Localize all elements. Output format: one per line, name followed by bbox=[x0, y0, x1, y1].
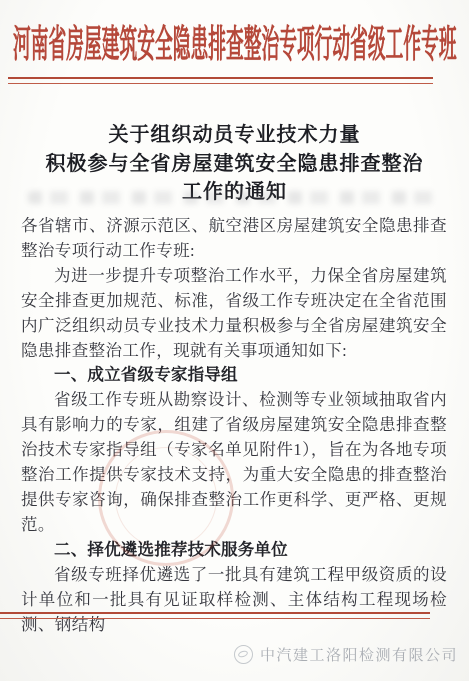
notice-title-line-1: 关于组织动员专业技术力量 bbox=[0, 121, 469, 150]
letterhead-divider-rule bbox=[8, 77, 433, 84]
addressee-line: 各省辖市、济源示范区、航空港区房屋建筑安全隐患排查整治专项行动工作专班: bbox=[21, 214, 447, 264]
section-1-paragraph: 省级工作专班从勘察设计、检测等专业领域抽取省内具有影响力的专家，组建了省级房屋建… bbox=[21, 388, 447, 537]
section-2-heading: 二、择优遴选推荐技术服务单位 bbox=[21, 538, 447, 563]
company-logo-icon bbox=[234, 645, 253, 664]
intro-paragraph: 为进一步提升专项整治工作水平，力保全省房屋建筑安全排查更加规范、标准，省级工作专… bbox=[21, 264, 447, 364]
page-footer-rule bbox=[0, 612, 430, 619]
ink-bleed-through bbox=[28, 191, 438, 204]
section-1-heading: 一、成立省级专家指导组 bbox=[21, 363, 447, 388]
notice-body: 各省辖市、济源示范区、航空港区房屋建筑安全隐患排查整治专项行动工作专班: 为进一… bbox=[21, 214, 447, 637]
notice-title-line-2: 积极参与全省房屋建筑安全隐患排查整治 bbox=[0, 150, 469, 179]
section-2-paragraph: 省级专班择优遴选了一批具有建筑工程甲级资质的设计单位和一批具有见证取样检测、主体… bbox=[21, 563, 447, 638]
scanned-notice-page: { "banner": { "text": "河南省房屋建筑安全隐患排查整治专项… bbox=[0, 0, 469, 681]
letterhead-banner: 河南省房屋建筑安全隐患排查整治专项行动省级工作专班 bbox=[13, 13, 226, 65]
company-name: 中汽建工洛阳检测有限公司 bbox=[260, 644, 458, 665]
company-watermark: 中汽建工洛阳检测有限公司 bbox=[234, 643, 458, 665]
